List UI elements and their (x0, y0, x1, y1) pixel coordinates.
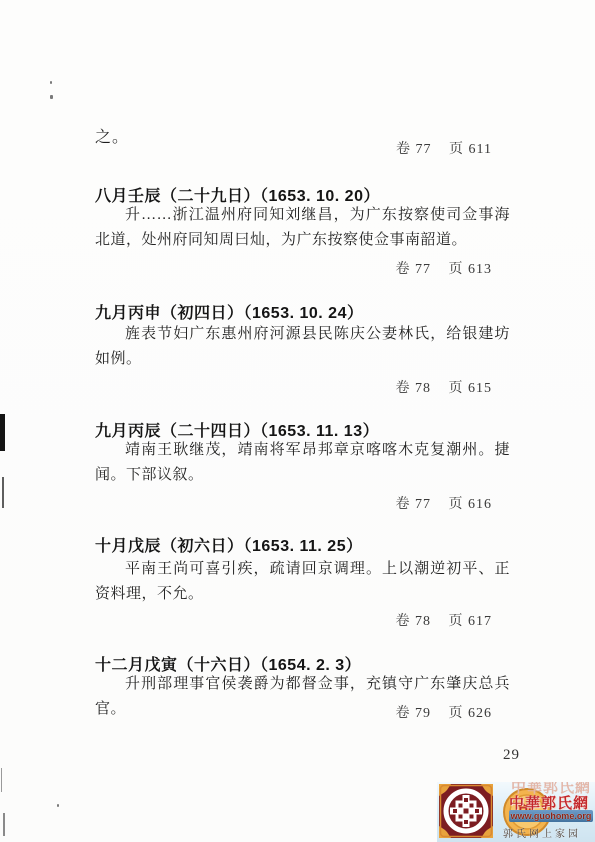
reference-line: 卷 78 页 617 (95, 610, 492, 630)
page-ref: 页 615 (449, 381, 493, 396)
volume-ref: 卷 77 (396, 497, 432, 512)
page-ref: 页 617 (449, 614, 493, 629)
clan-seal-icon (439, 784, 493, 838)
scan-artifact-bar (0, 414, 5, 451)
reference-line: 卷 79 页 626 (95, 702, 492, 722)
scanned-document-page: 之。 卷 77 页 611 八月壬辰（二十九日）（1653. 10. 20） 升… (0, 0, 595, 842)
page-ref: 页 611 (449, 142, 492, 157)
entry-body-text: 升……浙江温州府同知刘继昌，为广东按察使司佥事海北道，处州府同知周曰灿，为广东按… (95, 203, 510, 253)
entry-body-text: 平南王尚可喜引疾，疏请回京调理。上以潮逆初平、正资料理，不允。 (95, 557, 510, 607)
page-ref: 页 616 (449, 497, 493, 512)
scan-artifact-bar (1, 768, 2, 792)
scan-artifact-speck (50, 81, 52, 84)
page-ref: 页 626 (449, 706, 493, 721)
entry-date-heading: 九月丙申（初四日）（1653. 10. 24） (95, 300, 363, 323)
reference-line: 卷 78 页 615 (95, 377, 492, 397)
entry-body-text: 旌表节妇广东惠州府河源县民陈庆公妻林氏，给银建坊如例。 (95, 322, 510, 372)
scan-artifact-speck (50, 95, 53, 99)
reference-line: 卷 77 页 613 (95, 258, 492, 278)
scan-artifact-bar (3, 813, 5, 836)
volume-ref: 卷 78 (396, 614, 432, 629)
volume-ref: 卷 78 (396, 381, 432, 396)
volume-ref: 卷 79 (396, 706, 432, 721)
watermark-url: www.guohome.org (511, 811, 592, 821)
watermark-subtitle: 郭氏网上家园 (503, 825, 581, 840)
volume-ref: 卷 77 (396, 262, 432, 277)
scan-artifact-bar (2, 477, 4, 508)
entry-body-text: 靖南王耿继茂，靖南将军昂邦章京喀喀木克复潮州。捷闻。下部议叙。 (95, 438, 510, 488)
reference-line: 卷 77 页 616 (95, 493, 492, 513)
guohome-watermark-logo: 郭 中華郭氏網 中華郭氏網 www.guohome.org 郭氏网上家园 (437, 782, 595, 842)
page-ref: 页 613 (449, 262, 493, 277)
entry-date-heading: 十月戊辰（初六日）（1653. 11. 25） (95, 533, 363, 556)
page-number: 29 (503, 747, 520, 764)
reference-line: 卷 77 页 611 (95, 138, 492, 158)
volume-ref: 卷 77 (396, 142, 432, 157)
scan-artifact-speck (57, 804, 59, 807)
watermark-url-band: www.guohome.org (509, 810, 593, 822)
